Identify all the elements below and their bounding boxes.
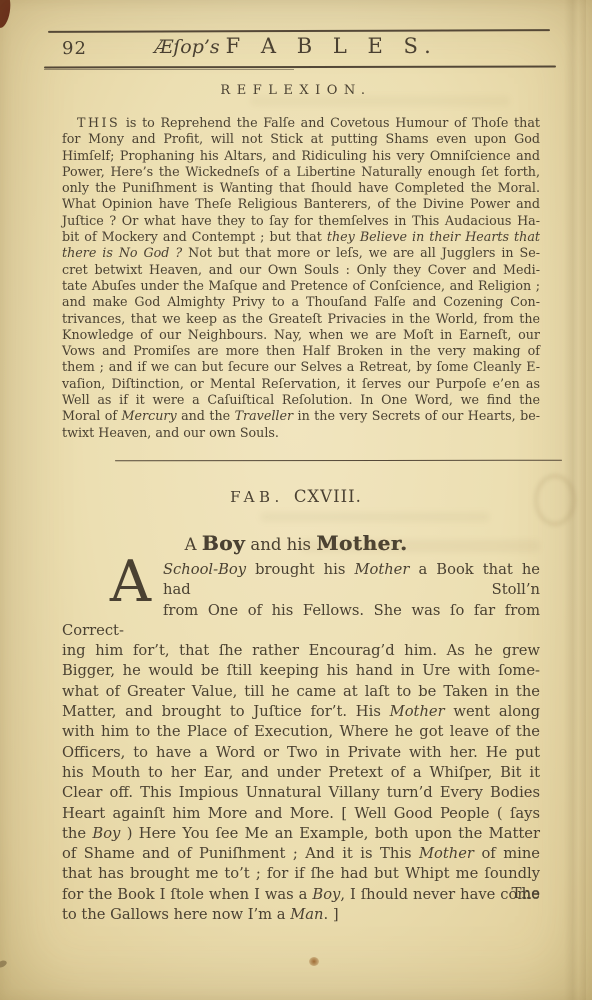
text-line: Heart againſt him More and More. [ Well …	[62, 804, 540, 824]
text-line: ing him for’t, that ſhe rather Encourag’…	[62, 641, 540, 661]
text-line: Himſelf; Prophaning his Altars, and Ridi…	[62, 148, 540, 164]
paper-dot-stain	[309, 957, 319, 966]
showthrough-smudge	[260, 512, 490, 522]
text-line: Officers, to have a Word or Two in Priva…	[62, 743, 540, 763]
drop-cap-letter: A	[110, 557, 151, 607]
catchword: The	[62, 884, 540, 902]
header-rule-bottom-double	[44, 69, 294, 70]
header-title-fables: F A B L E S.	[226, 34, 438, 58]
text-line: and make God Almighty Privy to a Thouſan…	[62, 294, 540, 310]
paper-corner-stain	[0, 0, 13, 29]
text-line: there is No God ? Not but that more or l…	[62, 245, 540, 261]
running-header: Æſop’sF A B L E S.	[0, 34, 592, 58]
fable-title-boy: Boy	[202, 531, 245, 555]
text-line: Bigger, he would be ſtill keeping his ha…	[62, 661, 540, 681]
fable-title-prefix: A	[185, 535, 197, 554]
text-line: for Mony and Profit, will not Stick at p…	[62, 131, 540, 147]
fab-label: FAB.	[230, 488, 284, 506]
header-rule-top	[48, 29, 550, 32]
paper-speck-bottom-left	[0, 959, 8, 969]
book-page-scan: 92 Æſop’sF A B L E S. REFLEXION. THIS is…	[0, 0, 592, 1000]
text-line: his Mouth to her Ear, and under Pretext …	[62, 763, 540, 783]
text-line: Matter, and brought to Juſtice for’t. Hi…	[62, 702, 540, 722]
header-rule-bottom	[44, 66, 556, 69]
text-line: Vows and Promiſes are more then Half Bro…	[62, 343, 540, 359]
text-line: them ; and if we can but ſecure our Selv…	[62, 359, 540, 375]
text-line: with him to the Place of Execution, Wher…	[62, 722, 540, 742]
text-line: trivances, that we keep as the Greateſt …	[62, 311, 540, 327]
text-line: bit of Mockery and Contempt ; but that t…	[62, 229, 540, 245]
text-line: that has brought me to’t ; for if ſhe ha…	[62, 864, 540, 884]
text-line: the Boy ) Here You ſee Me an Example, bo…	[62, 824, 540, 844]
text-line: Juſtice ? Or what have they to ſay for t…	[62, 213, 540, 229]
text-line: Well as if it were a Caſuiſtical Reſolut…	[62, 392, 540, 408]
text-line: Knowledge of our Neighbours. Nay, when w…	[62, 327, 540, 343]
text-line: twixt Heaven, and our own Souls.	[62, 425, 540, 441]
showthrough-ghost-letter	[534, 474, 576, 526]
text-line: only the Puniſhment is Wanting that ſhou…	[62, 180, 540, 196]
text-line: Moral of Mercury and the Traveller in th…	[62, 408, 540, 424]
text-line: vaſion, Diſtinction, or Mental Reſervati…	[62, 376, 540, 392]
text-line: to the Gallows here now I’m a Man. ]	[62, 905, 540, 925]
showthrough-smudge	[300, 540, 540, 552]
text-line: cret betwixt Heaven, and our Own Souls :…	[62, 262, 540, 278]
drop-cap-wrap: A	[62, 560, 163, 601]
fab-roman-numeral: CXVIII.	[294, 487, 362, 506]
reflexion-paragraph: THIS is to Reprehend the Falſe and Covet…	[62, 115, 540, 441]
text-line: of Shame and of Puniſhment ; And it is T…	[62, 844, 540, 864]
text-line: Power, Here’s the Wickedneſs of a Libert…	[62, 164, 540, 180]
text-line: tate Abuſes under the Maſque and Pretenc…	[62, 278, 540, 294]
text-line: what of Greater Value, till he came at l…	[62, 682, 540, 702]
section-divider-rule	[115, 460, 562, 462]
fable-paragraph: A School-Boy brought his Mother a Book t…	[62, 560, 540, 925]
text-line: What Opinion have Theſe Religious Banter…	[62, 196, 540, 212]
fable-number-heading: FAB.CXVIII.	[0, 487, 592, 506]
text-line: THIS is to Reprehend the Falſe and Covet…	[62, 115, 540, 131]
text-line: Clear off. This Impious Unnatural Villan…	[62, 783, 540, 803]
header-title-aesop: Æſop’s	[154, 36, 219, 58]
showthrough-smudge	[250, 96, 510, 106]
